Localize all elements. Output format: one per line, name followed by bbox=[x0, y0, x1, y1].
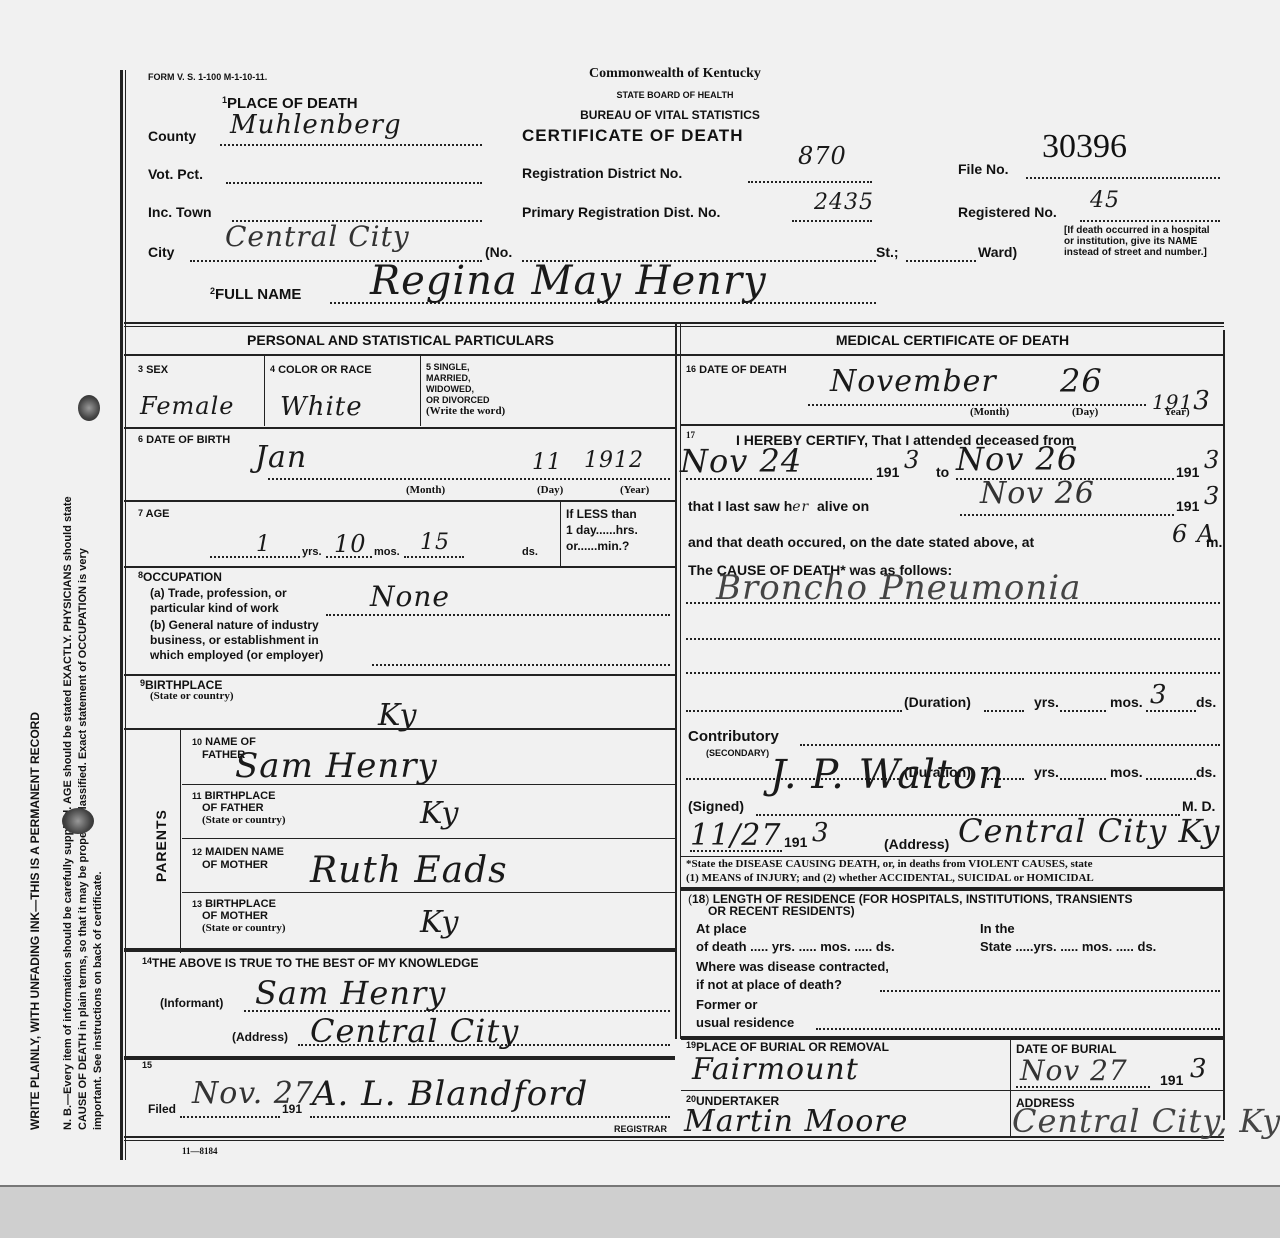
mother-birthplace-label: 13 BIRTHPLACE OF MOTHER (State or countr… bbox=[192, 898, 286, 934]
frame-left-inner bbox=[125, 70, 126, 1160]
in-state-label: In the State .....yrs. ..... mos. ..... … bbox=[980, 920, 1156, 956]
form-code: 11—8184 bbox=[182, 1146, 218, 1156]
county-label: County bbox=[148, 128, 196, 144]
last-saw-year: 3 bbox=[1204, 482, 1220, 510]
dob-month: Jan bbox=[255, 440, 307, 475]
less-than-day-label: If LESS than 1 day......hrs. or......min… bbox=[566, 506, 638, 554]
informant-address-value: Central City bbox=[310, 1012, 519, 1050]
contracted-label: Where was disease contracted, if not at … bbox=[696, 958, 889, 994]
column-divider bbox=[675, 322, 677, 1039]
mother-birthplace-value: Ky bbox=[420, 905, 459, 940]
city-label: City bbox=[148, 244, 174, 260]
dob-year: 1912 bbox=[584, 448, 644, 473]
registrar-signature: A. L. Blandford bbox=[312, 1074, 588, 1114]
registration-district-label: Registration District No. bbox=[522, 165, 682, 181]
attended-to-year: 3 bbox=[1204, 446, 1220, 474]
age-days: 15 bbox=[420, 530, 450, 555]
duration-label: (Duration) bbox=[904, 694, 971, 710]
last-saw-date: Nov 26 bbox=[980, 476, 1095, 511]
age-years: 1 bbox=[256, 532, 271, 557]
margin-note-instructions-2: CAUSE OF DEATH in plain terms, so that i… bbox=[77, 548, 89, 1130]
occupation-a-value: None bbox=[370, 580, 450, 613]
cause-footnote: *State the DISEASE CAUSING DEATH, or, in… bbox=[686, 857, 1226, 885]
burial-date-value: Nov 27 bbox=[1020, 1054, 1128, 1087]
undertaker-value: Martin Moore bbox=[684, 1104, 908, 1139]
filed-label: Filed bbox=[148, 1102, 176, 1116]
informant-value: Sam Henry bbox=[255, 974, 446, 1012]
registered-no-value: 45 bbox=[1090, 188, 1120, 213]
death-time-text: and that death occured, on the date stat… bbox=[688, 534, 1034, 550]
parents-label: PARENTS bbox=[153, 809, 169, 882]
city-value: Central City bbox=[225, 220, 410, 253]
at-place-label: At place of death ..... yrs. ..... mos. … bbox=[696, 920, 895, 956]
ink-blot bbox=[78, 395, 100, 421]
dod-day: 26 bbox=[1060, 362, 1103, 400]
mother-maiden-name-label: 12 MAIDEN NAME OF MOTHER bbox=[192, 846, 284, 872]
header-title: CERTIFICATE OF DEATH bbox=[522, 126, 743, 146]
registrar-label: REGISTRAR bbox=[614, 1124, 667, 1134]
marital-label: 5 SINGLE, MARRIED, WIDOWED, OR DIVORCED … bbox=[426, 362, 505, 417]
father-name-value: Sam Henry bbox=[235, 746, 438, 786]
header-board: STATE BOARD OF HEALTH bbox=[540, 90, 810, 100]
primary-registration-value: 2435 bbox=[814, 190, 874, 215]
dod-month: November bbox=[830, 364, 997, 399]
sex-value: Female bbox=[140, 392, 235, 420]
age-months: 10 bbox=[334, 530, 367, 558]
occupation-b-label: (b) General nature of industry business,… bbox=[150, 618, 323, 663]
physician-address-value: Central City Ky bbox=[958, 812, 1220, 850]
attended-from-year: 3 bbox=[904, 446, 920, 474]
burial-place-value: Fairmount bbox=[692, 1052, 859, 1087]
header-bureau: BUREAU OF VITAL STATISTICS bbox=[525, 108, 815, 122]
duration-days: 3 bbox=[1150, 680, 1168, 710]
registration-district-value: 870 bbox=[798, 142, 847, 170]
header-state: Commonwealth of Kentucky bbox=[540, 66, 810, 82]
undertaker-address-value: Central City, Ky bbox=[1012, 1102, 1280, 1140]
informant-heading: 14THE ABOVE IS TRUE TO THE BEST OF MY KN… bbox=[142, 956, 478, 970]
ward-label: Ward) bbox=[978, 244, 1017, 260]
cause-value: Broncho Pneumonia bbox=[716, 568, 1081, 608]
margin-note-instructions-3: important. See instructions on back of c… bbox=[92, 871, 104, 1130]
signed-year: 3 bbox=[812, 818, 830, 848]
frame-right bbox=[1223, 330, 1225, 1120]
medical-heading: MEDICAL CERTIFICATE OF DEATH bbox=[682, 332, 1223, 348]
primary-registration-label: Primary Registration Dist. No. bbox=[522, 204, 720, 220]
former-residence-label: Former or usual residence bbox=[696, 996, 794, 1032]
dod-label: 16 DATE OF DEATH bbox=[686, 364, 787, 376]
personal-heading: PERSONAL AND STATISTICAL PARTICULARS bbox=[126, 332, 675, 348]
file-no-value: 30396 bbox=[1042, 128, 1127, 166]
informant-label: (Informant) bbox=[160, 996, 223, 1010]
physician-signature: J. P. Walton bbox=[770, 752, 1005, 798]
county-value: Muhlenberg bbox=[230, 110, 402, 140]
ink-blot bbox=[62, 808, 94, 834]
full-name-value: Regina May Henry bbox=[370, 258, 767, 304]
file-no-label: File No. bbox=[958, 161, 1009, 177]
occupation-label: 8OCCUPATION bbox=[138, 570, 222, 584]
burial-year: 3 bbox=[1190, 1054, 1208, 1084]
informant-address-label: (Address) bbox=[232, 1030, 288, 1044]
death-certificate: WRITE PLAINLY, WITH UNFADING INK—THIS IS… bbox=[0, 0, 1280, 1185]
last-saw-label: that I last saw her alive on bbox=[688, 498, 869, 515]
attended-from: Nov 24 bbox=[680, 442, 802, 480]
dob-day: 11 bbox=[532, 450, 562, 475]
sex-label: 3 SEX bbox=[138, 364, 168, 376]
frame-left bbox=[120, 70, 123, 1160]
mother-maiden-name-value: Ruth Eads bbox=[310, 850, 508, 891]
color-value: White bbox=[280, 392, 363, 422]
dob-label: 6 DATE OF BIRTH bbox=[138, 434, 230, 446]
age-label: 7 AGE bbox=[138, 508, 170, 520]
form-number: FORM V. S. 1-100 M-1-10-11. bbox=[148, 72, 267, 82]
color-label: 4 COLOR OR RACE bbox=[270, 364, 372, 376]
signed-label: (Signed) bbox=[688, 798, 744, 814]
physician-address-label: (Address) bbox=[884, 836, 949, 852]
vot-pct-label: Vot. Pct. bbox=[148, 166, 203, 182]
residence-label: (18) LENGTH OF RESIDENCE (FOR HOSPITALS,… bbox=[688, 893, 1133, 917]
full-name-label: 2FULL NAME bbox=[210, 286, 301, 303]
inc-town-label: Inc. Town bbox=[148, 204, 212, 220]
backing-surface bbox=[0, 1185, 1280, 1238]
signed-date: 11/27 bbox=[690, 818, 781, 853]
registered-no-label: Registered No. bbox=[958, 204, 1057, 220]
attended-to: Nov 26 bbox=[956, 440, 1078, 478]
hospital-note: [If death occurred in a hospital or inst… bbox=[1064, 225, 1222, 258]
occupation-a-label: (a) Trade, profession, or particular kin… bbox=[150, 586, 287, 616]
father-birthplace-value: Ky bbox=[420, 796, 459, 831]
street-label: St.; bbox=[876, 244, 899, 260]
contributory-label: Contributory bbox=[688, 728, 779, 745]
margin-note-permanent-record: WRITE PLAINLY, WITH UNFADING INK—THIS IS… bbox=[28, 712, 42, 1130]
father-birthplace-label: 11 BIRTHPLACE OF FATHER (State or countr… bbox=[192, 790, 286, 826]
